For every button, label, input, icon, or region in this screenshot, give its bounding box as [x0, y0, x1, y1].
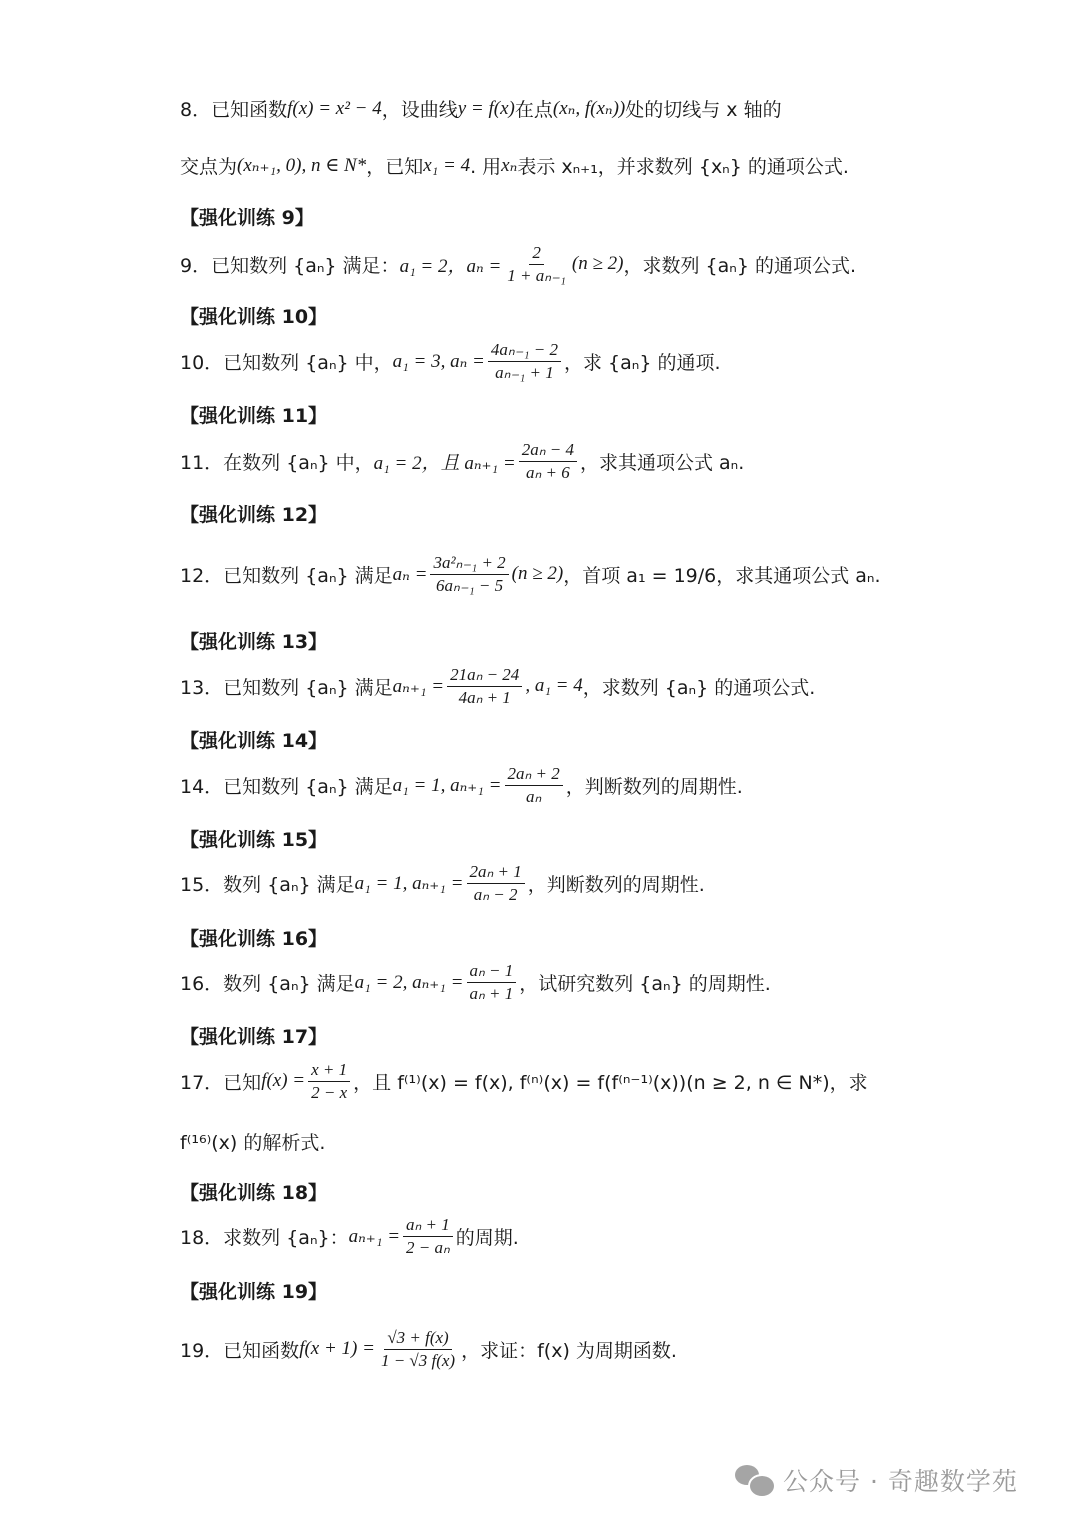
denominator: 1 − √3 f(x)	[378, 1350, 458, 1371]
problem-text: ，已知	[366, 152, 423, 179]
watermark: 公众号 · 奇趣数学苑	[735, 1462, 1018, 1498]
denominator: 2 − x	[308, 1082, 350, 1103]
math-expression: (n ≥ 2)	[512, 563, 564, 585]
denominator: aₙ − 2	[471, 884, 521, 905]
math-expression: f(x) = x² − 4	[287, 98, 382, 120]
math-expression: , a₁ = 4	[525, 675, 582, 697]
math-expression: (xₙ, f(xₙ))	[553, 97, 625, 120]
problem-text: 12．已知数列 {aₙ} 满足	[180, 561, 393, 588]
problem-text: 10．已知数列 {aₙ} 中，	[180, 348, 393, 375]
section-heading: 【强化训练 19】	[180, 1277, 327, 1304]
fraction: 21aₙ − 244aₙ + 1	[447, 665, 522, 707]
fraction: x + 12 − x	[308, 1060, 350, 1102]
numerator: 3a²ₙ₋₁ + 2	[430, 553, 508, 575]
problem-18: 18．求数列 {aₙ}： aₙ₊₁ = aₙ + 12 − aₙ 的周期.	[180, 1215, 519, 1257]
fraction: 3a²ₙ₋₁ + 26aₙ₋₁ − 5	[430, 553, 508, 595]
math-expression: aₙ =	[393, 563, 428, 586]
section-heading: 【强化训练 14】	[180, 726, 327, 753]
problem-text: ，求其通项公式 aₙ.	[580, 448, 744, 475]
problem-text: 17．已知	[180, 1068, 261, 1095]
denominator: 4aₙ + 1	[456, 687, 514, 708]
denominator: aₙ₋₁ + 1	[492, 362, 557, 383]
fraction: aₙ − 1aₙ + 1	[467, 961, 517, 1003]
fraction: 2aₙ + 2aₙ	[505, 764, 563, 806]
section-heading: 【强化训练 9】	[180, 203, 314, 230]
problem-text: ，求 {aₙ} 的通项.	[564, 348, 721, 375]
problem-text: 9．已知数列 {aₙ} 满足：	[180, 251, 400, 278]
problem-text: 交点为	[180, 152, 237, 179]
problem-text: 13．已知数列 {aₙ} 满足	[180, 673, 393, 700]
problem-text: ，判断数列的周期性.	[528, 870, 705, 897]
problem-text: . 用	[470, 152, 501, 179]
fraction: √3 + f(x)1 − √3 f(x)	[378, 1328, 458, 1370]
denominator: aₙ + 1	[467, 983, 517, 1004]
math-expression: a₁ = 1, aₙ₊₁ =	[355, 872, 464, 895]
denominator: aₙ + 6	[523, 462, 573, 483]
math-expression: a₁ = 2，aₙ =	[400, 251, 502, 278]
problem-17-line-2: f⁽¹⁶⁾(x) 的解析式.	[180, 1128, 325, 1155]
numerator: 2aₙ − 4	[519, 440, 577, 462]
wechat-icon	[735, 1465, 773, 1495]
problem-9: 9．已知数列 {aₙ} 满足： a₁ = 2，aₙ = 21 + aₙ₋₁ (n…	[180, 243, 856, 285]
problem-text: f⁽¹⁶⁾(x) 的解析式.	[180, 1128, 325, 1155]
problem-10: 10．已知数列 {aₙ} 中， a₁ = 3, aₙ = 4aₙ₋₁ − 2aₙ…	[180, 340, 721, 382]
problem-15: 15．数列 {aₙ} 满足 a₁ = 1, aₙ₊₁ = 2aₙ + 1aₙ −…	[180, 862, 705, 904]
numerator: 21aₙ − 24	[447, 665, 522, 687]
math-expression: a₁ = 1, aₙ₊₁ =	[393, 774, 502, 797]
fraction: 21 + aₙ₋₁	[504, 243, 569, 285]
math-expression: a₁ = 2，且 aₙ₊₁ =	[374, 448, 516, 475]
math-expression: (n ≥ 2)	[572, 253, 624, 275]
numerator: 4aₙ₋₁ − 2	[488, 340, 561, 362]
denominator: 1 + aₙ₋₁	[504, 265, 569, 286]
problem-text: 在点	[515, 95, 553, 122]
section-heading: 【强化训练 12】	[180, 500, 327, 527]
numerator: √3 + f(x)	[384, 1328, 451, 1350]
section-heading: 【强化训练 13】	[180, 627, 327, 654]
section-heading: 【强化训练 17】	[180, 1022, 327, 1049]
problem-19: 19．已知函数 f(x + 1) = √3 + f(x)1 − √3 f(x) …	[180, 1328, 677, 1370]
denominator: 6aₙ₋₁ − 5	[433, 575, 506, 596]
problem-text: ，且 f⁽¹⁾(x) = f(x), f⁽ⁿ⁾(x) = f(f⁽ⁿ⁻¹⁾(x)…	[353, 1068, 868, 1095]
denominator: 2 − aₙ	[403, 1237, 453, 1258]
problem-text: ，判断数列的周期性.	[566, 772, 743, 799]
numerator: aₙ − 1	[467, 961, 517, 983]
math-expression: aₙ₊₁ =	[393, 675, 444, 698]
problem-text: ，求数列 {aₙ} 的通项公式.	[624, 251, 857, 278]
section-heading: 【强化训练 15】	[180, 825, 327, 852]
problem-16: 16．数列 {aₙ} 满足 a₁ = 2, aₙ₊₁ = aₙ − 1aₙ + …	[180, 961, 771, 1003]
section-heading: 【强化训练 11】	[180, 401, 327, 428]
math-expression: a₁ = 2, aₙ₊₁ =	[355, 971, 464, 994]
numerator: x + 1	[308, 1060, 350, 1082]
problem-text: 表示 xₙ₊₁，并求数列 {xₙ} 的通项公式.	[517, 152, 849, 179]
problem-12: 12．已知数列 {aₙ} 满足 aₙ = 3a²ₙ₋₁ + 26aₙ₋₁ − 5…	[180, 553, 881, 595]
problem-text: ，求证：f(x) 为周期函数.	[461, 1336, 677, 1363]
section-heading: 【强化训练 18】	[180, 1178, 327, 1205]
problem-text: 8．已知函数	[180, 95, 287, 122]
fraction: 2aₙ + 1aₙ − 2	[467, 862, 525, 904]
problem-8-line-1: 8．已知函数 f(x) = x² − 4 ，设曲线 y = f(x) 在点 (x…	[180, 95, 782, 122]
denominator: aₙ	[523, 786, 544, 807]
math-expression: xₙ	[501, 154, 517, 177]
problem-text: 15．数列 {aₙ} 满足	[180, 870, 355, 897]
problem-text: ，首项 a₁ = 19/6，求其通项公式 aₙ.	[563, 561, 880, 588]
problem-text: 处的切线与 x 轴的	[625, 95, 781, 122]
account-name: 公众号 · 奇趣数学苑	[783, 1462, 1018, 1498]
section-heading: 【强化训练 10】	[180, 302, 327, 329]
problem-11: 11．在数列 {aₙ} 中， a₁ = 2，且 aₙ₊₁ = 2aₙ − 4aₙ…	[180, 440, 744, 482]
problem-text: 16．数列 {aₙ} 满足	[180, 969, 355, 996]
math-expression: f(x) =	[261, 1070, 305, 1092]
problem-text: ，求数列 {aₙ} 的通项公式.	[583, 673, 816, 700]
section-heading: 【强化训练 16】	[180, 924, 327, 951]
numerator: 2aₙ + 2	[505, 764, 563, 786]
fraction: aₙ + 12 − aₙ	[403, 1215, 453, 1257]
fraction: 2aₙ − 4aₙ + 6	[519, 440, 577, 482]
problem-text: 11．在数列 {aₙ} 中，	[180, 448, 374, 475]
math-expression: a₁ = 3, aₙ =	[393, 350, 485, 373]
math-expression: aₙ₊₁ =	[349, 1225, 400, 1248]
problem-13: 13．已知数列 {aₙ} 满足 aₙ₊₁ = 21aₙ − 244aₙ + 1 …	[180, 665, 815, 707]
problem-17: 17．已知 f(x) = x + 12 − x ，且 f⁽¹⁾(x) = f(x…	[180, 1060, 868, 1102]
problem-text: 的周期.	[456, 1223, 519, 1250]
numerator: 2	[529, 243, 544, 265]
fraction: 4aₙ₋₁ − 2aₙ₋₁ + 1	[488, 340, 561, 382]
problem-text: 18．求数列 {aₙ}：	[180, 1223, 349, 1250]
problem-text: ，试研究数列 {aₙ} 的周期性.	[519, 969, 771, 996]
math-expression: x₁ = 4	[423, 155, 470, 177]
problem-14: 14．已知数列 {aₙ} 满足 a₁ = 1, aₙ₊₁ = 2aₙ + 2aₙ…	[180, 764, 743, 806]
problem-text: 14．已知数列 {aₙ} 满足	[180, 772, 393, 799]
problem-text: 19．已知函数	[180, 1336, 299, 1363]
problem-text: ，设曲线	[382, 95, 458, 122]
math-expression: f(x + 1) =	[299, 1338, 375, 1360]
math-expression: y = f(x)	[458, 98, 515, 120]
problem-8-line-2: 交点为 (xₙ₊₁, 0), n ∈ N* ，已知 x₁ = 4 . 用 xₙ …	[180, 152, 849, 179]
math-expression: (xₙ₊₁, 0), n ∈ N*	[237, 154, 366, 177]
numerator: aₙ + 1	[403, 1215, 453, 1237]
numerator: 2aₙ + 1	[467, 862, 525, 884]
